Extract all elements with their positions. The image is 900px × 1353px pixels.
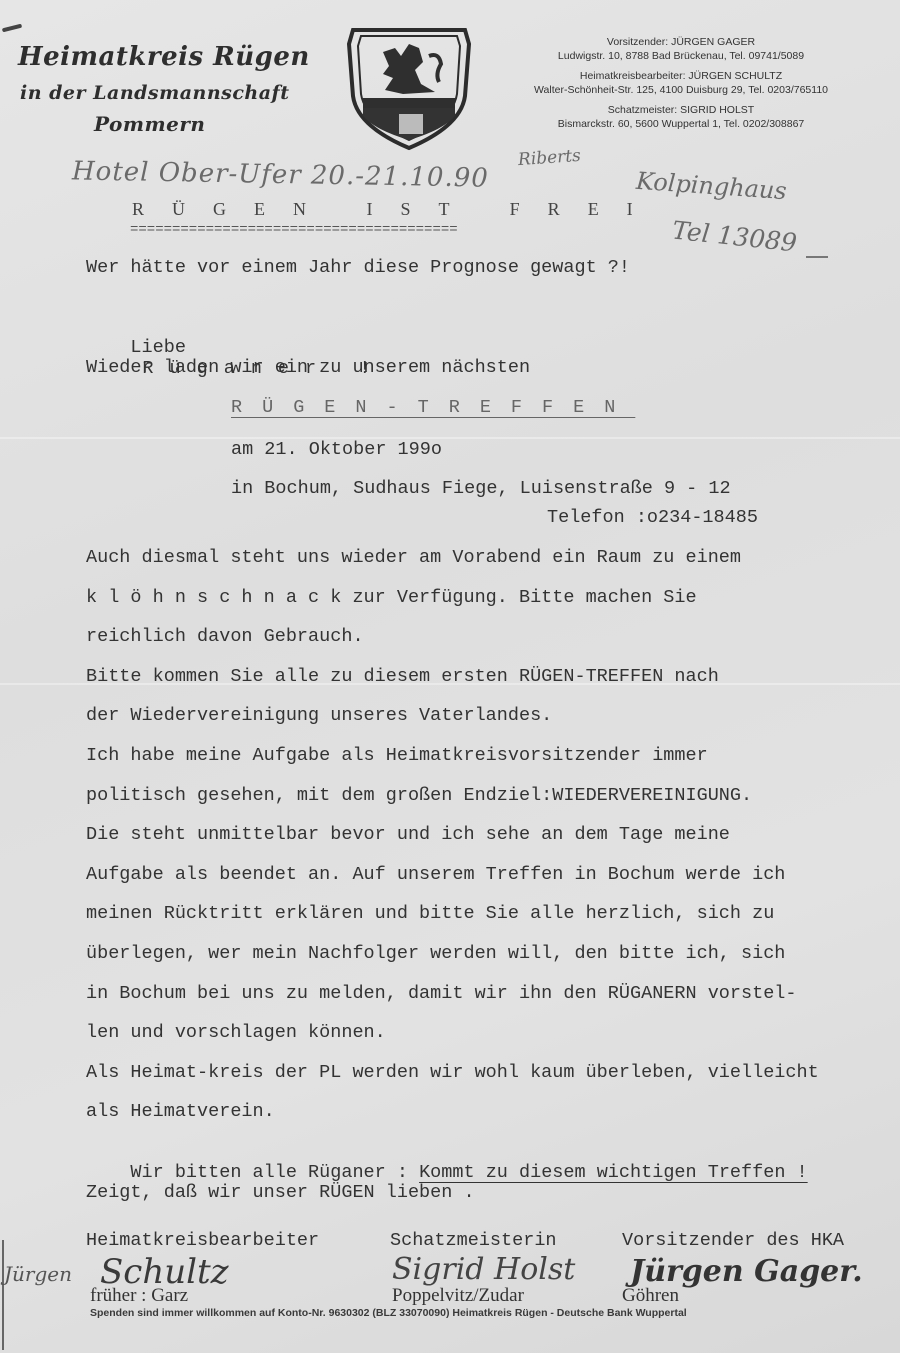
event-location: in Bochum, Sudhaus Fiege, Luisenstraße 9… <box>231 478 731 499</box>
event-phone: Telefon :o234-18485 <box>547 507 758 528</box>
officer-address: Ludwigstr. 10, 8788 Bad Brückenau, Tel. … <box>496 49 866 63</box>
body-line: Als Heimat-kreis der PL werden wir wohl … <box>86 1062 819 1083</box>
body-line: Aufgabe als beendet an. Auf unserem Tref… <box>86 864 785 885</box>
org-subtitle: in der Landsmannschaft <box>20 82 290 104</box>
closing-line: Zeigt, daß wir unser RÜGEN lieben . <box>86 1182 475 1203</box>
headline-rule: ======================================= <box>130 222 458 238</box>
body-line: Die steht unmittelbar bevor und ich sehe… <box>86 824 730 845</box>
donation-footer: Spenden sind immer willkommen auf Konto-… <box>90 1307 687 1319</box>
officer-role: Schatzmeister: SIGRID HOLST <box>496 103 866 117</box>
handwritten-phone-note: Tel 13089 <box>671 216 798 258</box>
body-line: reichlich davon Gebrauch. <box>86 626 364 647</box>
appeal-prefix: Wir bitten alle Rüganer : <box>130 1162 419 1183</box>
salutation-prefix: Liebe <box>130 337 186 358</box>
event-date: am 21. Oktober 199o <box>231 439 442 460</box>
event-title: RÜGEN-TREFFEN <box>231 397 635 418</box>
signer-place-3: Göhren <box>622 1285 679 1307</box>
officer-address: Bismarckstr. 60, 5600 Wuppertal 1, Tel. … <box>496 117 866 131</box>
signer-place-1: früher : Garz <box>90 1285 188 1307</box>
signature-1-firstname: Jürgen <box>4 1262 72 1286</box>
body-line: len und vorschlagen können. <box>86 1022 386 1043</box>
handwritten-name-note: Riberts <box>517 146 581 170</box>
paper-fold <box>0 437 900 439</box>
body-line: Ich habe meine Aufgabe als Heimatkreisvo… <box>86 745 708 766</box>
body-line: Bitte kommen Sie alle zu diesem ersten R… <box>86 666 719 687</box>
body-line: der Wiedervereinigung unseres Vaterlande… <box>86 705 552 726</box>
body-line: k l ö h n s c h n a c k zur Verfügung. B… <box>86 587 697 608</box>
officers-block: Vorsitzender: JÜRGEN GAGER Ludwigstr. 10… <box>496 35 866 131</box>
signature-3: Jürgen Gager. <box>630 1254 863 1289</box>
invite-line: Wieder laden wir ein zu unserem nächsten <box>86 357 530 378</box>
margin-stroke <box>2 1240 4 1350</box>
org-name: Heimatkreis Rügen <box>18 42 310 72</box>
handwritten-hotel-note: Hotel Ober-Ufer 20.-21.10.90 <box>72 156 489 193</box>
body-line: überlegen, wer mein Nachfolger werden wi… <box>86 943 785 964</box>
officer-role: Vorsitzender: JÜRGEN GAGER <box>496 35 866 49</box>
officer-address: Walter-Schönheit-Str. 125, 4100 Duisburg… <box>496 83 866 97</box>
signer-place-2: Poppelvitz/Zudar <box>392 1285 524 1307</box>
handwritten-dash <box>806 256 828 258</box>
org-region: Pommern <box>94 112 205 136</box>
appeal-emphasis: Kommt zu diesem wichtigen Treffen ! <box>419 1162 808 1183</box>
officer-role: Heimatkreisbearbeiter: JÜRGEN SCHULTZ <box>496 69 866 83</box>
signature-2: Sigrid Holst <box>392 1252 575 1287</box>
signer-title-3: Vorsitzender des HKA <box>622 1230 844 1251</box>
letter-page: Heimatkreis Rügen in der Landsmannschaft… <box>0 0 900 1353</box>
body-line: politisch gesehen, mit dem großen Endzie… <box>86 785 752 806</box>
body-line: meinen Rücktritt erklären und bitte Sie … <box>86 903 774 924</box>
signer-title-2: Schatzmeisterin <box>390 1230 557 1251</box>
body-line: in Bochum bei uns zu melden, damit wir i… <box>86 983 797 1004</box>
letter-headline: RÜGEN IST FREI <box>132 199 661 220</box>
staple-mark <box>2 24 22 33</box>
griffin-coat-of-arms-icon <box>343 22 475 152</box>
intro-line: Wer hätte vor einem Jahr diese Prognose … <box>86 257 630 278</box>
body-line: als Heimatverein. <box>86 1101 275 1122</box>
body-line: Auch diesmal steht uns wieder am Voraben… <box>86 547 741 568</box>
signer-title-1: Heimatkreisbearbeiter <box>86 1230 319 1251</box>
